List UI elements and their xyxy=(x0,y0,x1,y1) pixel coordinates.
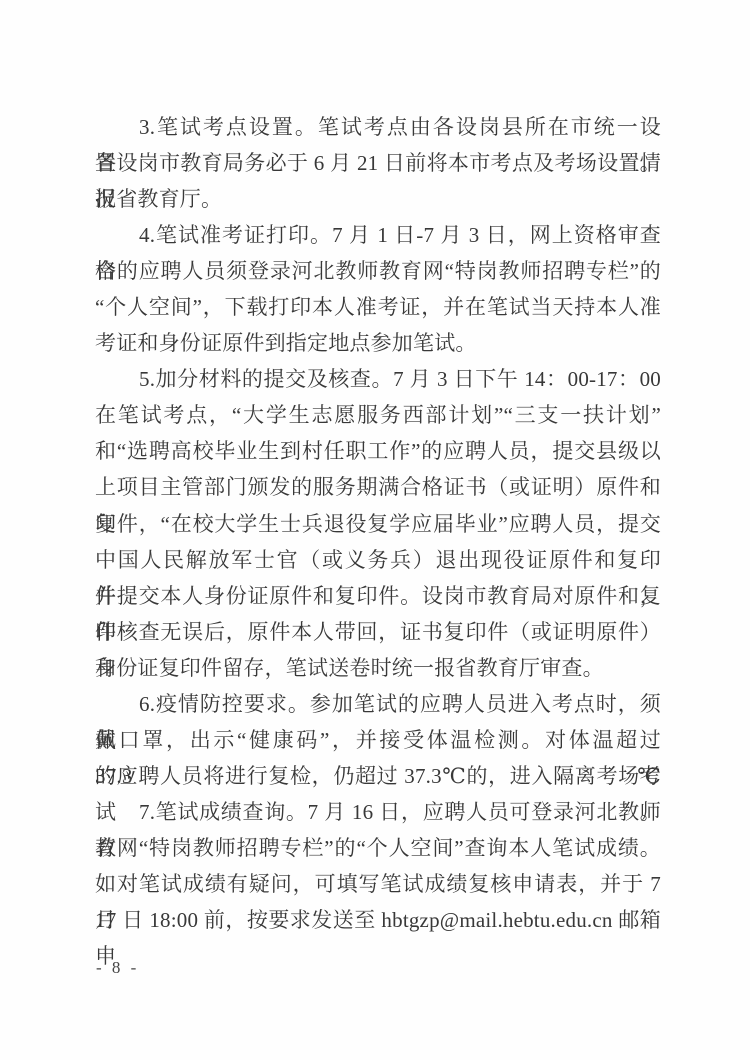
text-line: 7.笔试成绩查询。7 月 16 日，应聘人员可登录河北教师教 xyxy=(95,794,661,830)
text-line: 中国人民解放军士官（或义务兵）退出现役证原件和复印件， xyxy=(95,542,661,578)
document-page: 3.笔试考点设置。笔试考点由各设岗县所在市统一设置。各设岗市教育局务必于 6 月… xyxy=(0,0,750,1060)
page-number: - 8 - xyxy=(96,958,139,978)
paragraph-5-bonus-material-submission: 5.加分材料的提交及核查。7 月 3 日下午 14：00-17：00在笔试考点，… xyxy=(95,361,661,685)
paragraph-7-written-test-score-inquiry: 7.笔试成绩查询。7 月 16 日，应聘人员可登录河北教师教育网“特岗教师招聘专… xyxy=(95,794,661,938)
text-line: 件核查无误后，原件本人带回，证书复印件（或证明原件）和 xyxy=(95,614,661,650)
text-line: 身份证复印件留存，笔试送卷时统一报省教育厅审查。 xyxy=(95,650,661,686)
text-line: 戴口罩，出示“健康码”，并接受体温检测。对体温超过 37.3℃ xyxy=(95,722,661,758)
text-line: 的应聘人员将进行复检，仍超过 37.3℃的，进入隔离考场考试。 xyxy=(95,758,661,794)
paragraph-3-written-test-site-setup: 3.笔试考点设置。笔试考点由各设岗县所在市统一设置。各设岗市教育局务必于 6 月… xyxy=(95,109,661,217)
text-line: 5.加分材料的提交及核查。7 月 3 日下午 14：00-17：00 xyxy=(95,361,661,397)
text-line: 17 日 18:00 前，按要求发送至 hbtgzp@mail.hebtu.ed… xyxy=(95,902,661,938)
text-line: 育网“特岗教师招聘专栏”的“个人空间”查询本人笔试成绩。 xyxy=(95,830,661,866)
text-line: 各设岗市教育局务必于 6 月 21 日前将本市考点及考场设置情况 xyxy=(95,145,661,181)
text-line: 如对笔试成绩有疑问，可填写笔试成绩复核申请表，并于 7 月 xyxy=(95,866,661,902)
text-line: 6.疫情防控要求。参加笔试的应聘人员进入考点时，须佩 xyxy=(95,686,661,722)
text-line: 上项目主管部门颁发的服务期满合格证书（或证明）原件和复 xyxy=(95,469,661,505)
text-line: “个人空间”，下载打印本人准考证，并在笔试当天持本人准 xyxy=(95,289,661,325)
text-line: 并提交本人身份证原件和复印件。设岗市教育局对原件和复印 xyxy=(95,578,661,614)
text-line: 和“选聘高校毕业生到村任职工作”的应聘人员，提交县级以 xyxy=(95,433,661,469)
text-line: 3.笔试考点设置。笔试考点由各设岗县所在市统一设置。 xyxy=(95,109,661,145)
text-line: 印件，“在校大学生士兵退役复学应届毕业”应聘人员，提交 xyxy=(95,506,661,542)
document-body: 3.笔试考点设置。笔试考点由各设岗县所在市统一设置。各设岗市教育局务必于 6 月… xyxy=(95,109,661,938)
paragraph-4-admission-ticket-printing: 4.笔试准考证打印。7 月 1 日-7 月 3 日，网上资格审查合格的应聘人员须… xyxy=(95,217,661,361)
text-line: 格的应聘人员须登录河北教师教育网“特岗教师招聘专栏”的 xyxy=(95,253,661,289)
text-line: 在笔试考点，“大学生志愿服务西部计划”“三支一扶计划” xyxy=(95,397,661,433)
paragraph-6-epidemic-prevention-requirements: 6.疫情防控要求。参加笔试的应聘人员进入考点时，须佩戴口罩，出示“健康码”，并接… xyxy=(95,686,661,794)
text-line: 考证和身份证原件到指定地点参加笔试。 xyxy=(95,325,661,361)
text-line: 报省教育厅。 xyxy=(95,181,661,217)
text-line: 4.笔试准考证打印。7 月 1 日-7 月 3 日，网上资格审查合 xyxy=(95,217,661,253)
